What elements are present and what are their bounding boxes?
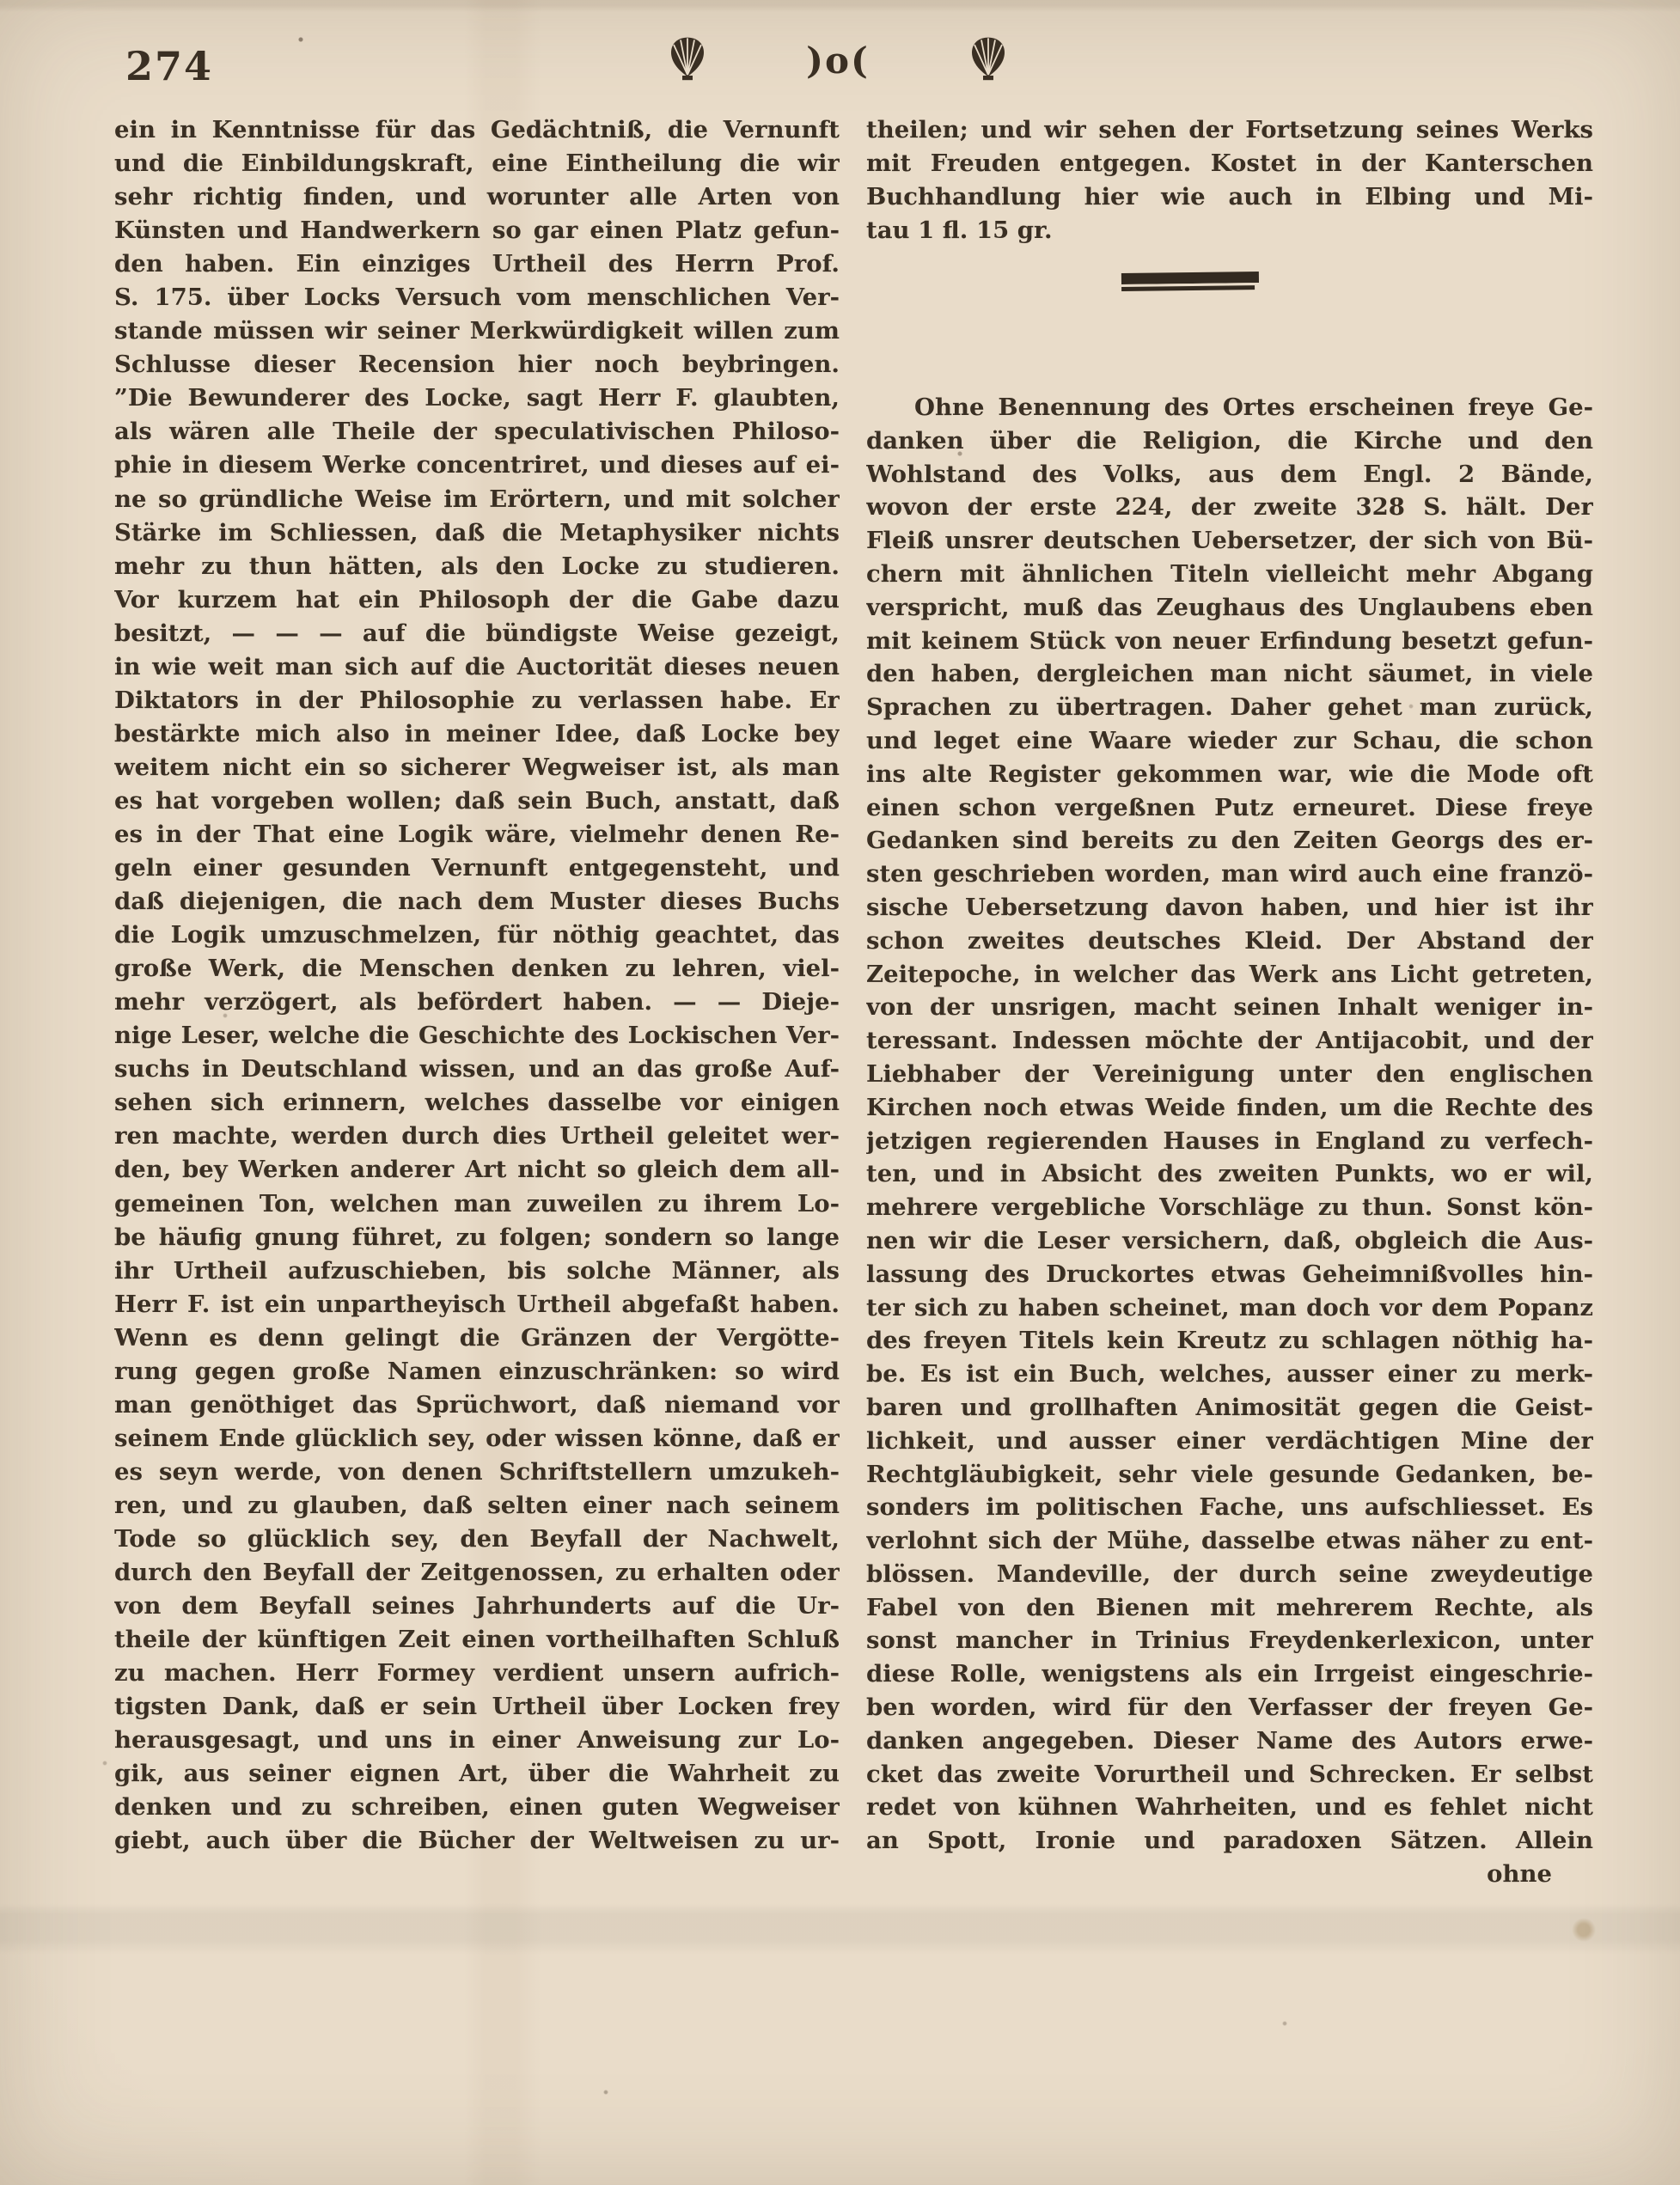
text-line: mehrere vergebliche Vorschläge zu thun. … — [866, 1191, 1593, 1224]
text-line: baren und grollhaften Animosität gegen d… — [866, 1391, 1593, 1425]
text-line: denken und zu schreiben, einen guten Weg… — [114, 1791, 840, 1824]
text-line: und die Einbildungskraft, eine Eintheilu… — [114, 147, 840, 180]
text-line: lassung des Druckortes etwas Geheimnißvo… — [866, 1258, 1593, 1291]
text-line: gemeinen Ton, welchen man zuweilen zu ih… — [114, 1187, 840, 1221]
text-line: Gedanken sind bereits zu den Zeiten Geor… — [866, 824, 1593, 858]
page-number: 274 — [125, 43, 213, 89]
text-line: teressant. Indessen möchte der Antijacob… — [866, 1024, 1593, 1058]
text-line: Künsten und Handwerkern so gar einen Pla… — [114, 214, 840, 247]
text-line: sehr richtig finden, und worunter alle A… — [114, 180, 840, 214]
text-line: sische Uebersetzung davon haben, und hie… — [866, 891, 1593, 925]
text-line: den haben. Ein einziges Urtheil des Herr… — [114, 247, 840, 281]
text-line: Fabel von den Bienen mit mehrerem Rechte… — [866, 1591, 1593, 1625]
text-line: besitzt, — — — auf die bündigste Weise g… — [114, 617, 840, 650]
text-line: Ohne Benennung des Ortes erscheinen frey… — [866, 391, 1593, 424]
text-line: jetzigen regierenden Hauses in England z… — [866, 1125, 1593, 1158]
text-line: cket das zweite Vorurtheil und Schrecken… — [866, 1758, 1593, 1791]
text-line: rung gegen große Namen einzuschränken: s… — [114, 1355, 840, 1389]
text-line: Wenn es denn gelingt die Gränzen der Ver… — [114, 1321, 840, 1355]
text-line: Herr F. ist ein unpartheyisch Urtheil ab… — [114, 1288, 840, 1321]
text-line: sonst mancher in Trinius Freydenkerlexic… — [866, 1624, 1593, 1657]
divider-thin-bar — [1121, 285, 1255, 291]
text-line: Sprachen zu übertragen. Daher gehet man … — [866, 691, 1593, 724]
catchword: ohne — [866, 1858, 1593, 1891]
text-line: Stärke im Schliessen, daß die Metaphysik… — [114, 516, 840, 550]
text-line: suchs in Deutschland wissen, und an das … — [114, 1053, 840, 1086]
text-line: es in der That eine Logik wäre, vielmehr… — [114, 818, 840, 851]
text-line: Fleiß unsrer deutschen Uebersetzer, der … — [866, 524, 1593, 558]
scallop-shell-fleuron-icon — [968, 34, 1009, 84]
text-line: es seyn werde, von denen Schriftstellern… — [114, 1456, 840, 1489]
text-line: mehr zu thun hätten, als den Locke zu st… — [114, 550, 840, 583]
text-line: durch den Beyfall der Zeitgenossen, zu e… — [114, 1556, 840, 1590]
text-line: Buchhandlung hier wie auch in Elbing und… — [866, 180, 1593, 214]
text-line: die Logik umzuschmelzen, für nöthig geac… — [114, 919, 840, 952]
new-article-paragraph: Ohne Benennung des Ortes erscheinen frey… — [866, 391, 1593, 1858]
text-line: man genöthiget das Sprüchwort, daß niema… — [114, 1389, 840, 1422]
text-line: verspricht, muß das Zeughaus des Unglaub… — [866, 591, 1593, 625]
text-line: Rechtgläubigkeit, sehr viele gesunde Ged… — [866, 1458, 1593, 1492]
text-line: ten, und in Absicht des zweiten Punkts, … — [866, 1157, 1593, 1191]
text-line: diese Rolle, wenigstens als ein Irrgeist… — [866, 1657, 1593, 1691]
text-line: Wohlstand des Volks, aus dem Engl. 2 Bän… — [866, 458, 1593, 491]
text-line: giebt, auch über die Bücher der Weltweis… — [114, 1824, 840, 1858]
text-line: seinem Ende glücklich sey, oder wissen k… — [114, 1422, 840, 1456]
text-line: Zeitepoche, in welcher das Werk ans Lich… — [866, 958, 1593, 992]
text-line: Schlusse dieser Recension hier noch beyb… — [114, 348, 840, 381]
text-line: gik, aus seiner eignen Art, über die Wah… — [114, 1757, 840, 1791]
text-line: tau 1 fl. 15 gr. — [866, 214, 1593, 247]
text-line: ein in Kenntnisse für das Gedächtniß, di… — [114, 113, 840, 147]
text-line: Liebhaber der Vereinigung unter den engl… — [866, 1058, 1593, 1091]
printers-mark: )o( — [791, 40, 885, 82]
text-line: ren machte, werden durch dies Urtheil ge… — [114, 1120, 840, 1153]
text-line: nige Leser, welche die Geschichte des Lo… — [114, 1019, 840, 1053]
text-line: Tode so glücklich sey, den Beyfall der N… — [114, 1523, 840, 1556]
text-line: S. 175. über Locks Versuch vom menschlic… — [114, 281, 840, 314]
text-line: ben worden, wird für den Verfasser der f… — [866, 1691, 1593, 1724]
text-line: theilen; und wir sehen der Fortsetzung s… — [866, 113, 1593, 147]
section-divider-rule — [1121, 272, 1259, 294]
text-line: schon zweites deutsches Kleid. Der Absta… — [866, 925, 1593, 958]
text-line: des freyen Titels kein Kreutz zu schlage… — [866, 1324, 1593, 1358]
text-line: stande müssen wir seiner Merkwürdigkeit … — [114, 314, 840, 348]
text-line: theile der künftigen Zeit einen vortheil… — [114, 1623, 840, 1657]
text-line: bestärkte mich also in meiner Idee, daß … — [114, 717, 840, 751]
text-line: es hat vorgeben wollen; daß sein Buch, a… — [114, 784, 840, 818]
book-page-scan: 274 )o( ein in — [0, 0, 1680, 2185]
paragraph-end: theilen; und wir sehen der Fortsetzung s… — [866, 113, 1593, 247]
text-line: be häufig gnung führet, zu folgen; sonde… — [114, 1221, 840, 1254]
text-line: geln einer gesunden Vernunft entgegenste… — [114, 851, 840, 885]
text-line: große Werk, die Menschen denken zu lehre… — [114, 952, 840, 986]
text-line: chern mit ähnlichen Titeln vielleicht me… — [866, 558, 1593, 591]
text-line: redet von kühnen Wahrheiten, und es fehl… — [866, 1791, 1593, 1824]
text-line: weitem nicht ein so sicherer Wegweiser i… — [114, 751, 840, 784]
text-line: und leget eine Waare wieder zur Schau, d… — [866, 724, 1593, 758]
scallop-shell-fleuron-icon — [667, 34, 708, 84]
text-line: von dem Beyfall seines Jahrhunderts auf … — [114, 1590, 840, 1623]
text-line: lichkeit, und ausser einer verdächtigen … — [866, 1425, 1593, 1458]
text-line: Diktators in der Philosophie zu verlasse… — [114, 684, 840, 717]
text-line: Kirchen noch etwas Weide finden, um die … — [866, 1091, 1593, 1125]
text-line: sten geschrieben worden, man wird auch e… — [866, 858, 1593, 891]
text-line: nen wir die Leser versichern, daß, obgle… — [866, 1224, 1593, 1258]
left-text-column: ein in Kenntnisse für das Gedächtniß, di… — [114, 113, 840, 1858]
text-line: einen schon vergeßnen Putz erneuret. Die… — [866, 791, 1593, 825]
text-line: ne so gründliche Weise im Erörtern, und … — [114, 483, 840, 516]
text-line: danken über die Religion, die Kirche und… — [866, 424, 1593, 458]
text-line: herausgesagt, und uns in einer Anweisung… — [114, 1724, 840, 1757]
text-line: den haben, dergleichen man nicht säumet,… — [866, 657, 1593, 691]
text-line: danken angegeben. Dieser Name des Autors… — [866, 1724, 1593, 1758]
text-line: sehen sich erinnern, welches dasselbe vo… — [114, 1086, 840, 1120]
text-line: in wie weit man sich auf die Auctorität … — [114, 650, 840, 684]
text-line: ins alte Register gekommen war, wie die … — [866, 758, 1593, 791]
text-line: tigsten Dank, daß er sein Urtheil über L… — [114, 1690, 840, 1724]
text-line: mit Freuden entgegen. Kostet in der Kant… — [866, 147, 1593, 180]
text-line: Vor kurzem hat ein Philosoph der die Gab… — [114, 583, 840, 617]
text-line: blössen. Mandeville, der durch seine zwe… — [866, 1558, 1593, 1591]
text-line: den, bey Werken anderer Art nicht so gle… — [114, 1153, 840, 1187]
text-line: verlohnt sich der Mühe, dasselbe etwas n… — [866, 1524, 1593, 1558]
text-line: be. Es ist ein Buch, welches, ausser ein… — [866, 1358, 1593, 1391]
text-line: ren, und zu glauben, daß selten einer na… — [114, 1489, 840, 1523]
text-line: mehr verzögert, als befördert haben. — —… — [114, 986, 840, 1019]
text-line: ter sich zu haben scheinet, man doch vor… — [866, 1291, 1593, 1325]
text-line: phie in diesem Werke concentriret, und d… — [114, 449, 840, 482]
text-line: als wären alle Theile der speculativisch… — [114, 415, 840, 449]
text-line: sonders im politischen Fache, uns aufsch… — [866, 1491, 1593, 1524]
text-line: an Spott, Ironie und paradoxen Sätzen. A… — [866, 1824, 1593, 1858]
text-line: mit keinem Stück von neuer Erfindung bes… — [866, 625, 1593, 658]
text-line: wovon der erste 224, der zweite 328 S. h… — [866, 491, 1593, 524]
text-line: von der unsrigen, macht seinen Inhalt we… — [866, 991, 1593, 1024]
text-line: ”Die Bewunderer des Locke, sagt Herr F. … — [114, 381, 840, 415]
text-line: zu machen. Herr Formey verdient unsern a… — [114, 1657, 840, 1690]
text-line: ihr Urtheil aufzuschieben, bis solche Mä… — [114, 1254, 840, 1288]
text-line: daß diejenigen, die nach dem Muster dies… — [114, 885, 840, 919]
